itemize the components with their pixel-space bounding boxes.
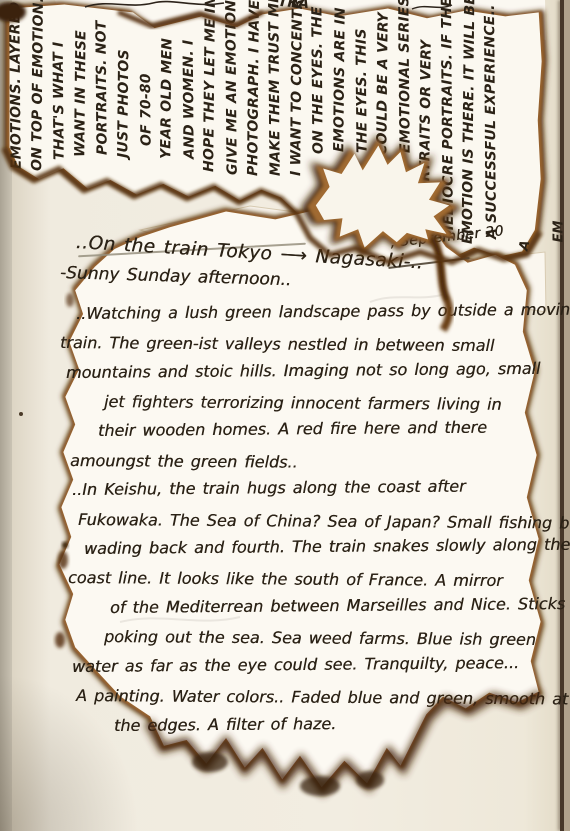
journal-entry-text: ..On the train Tokyo ⟶ Nagasaki-.. -Sunn… — [58, 228, 546, 740]
vertical-text-line: EMOTIONAL SERIES OF — [394, 4, 417, 153]
top-edge-text-fragment: TRA — [277, 0, 309, 12]
vertical-text-line: COULD BE A VERY — [372, 4, 395, 155]
top-note-lines: EMOTIONS. LAYEREDON TOP OF EMOTION.THAT'… — [6, 4, 521, 252]
vertical-text-line: A SUCCESSFUL EXPERIENCE.. — [480, 4, 504, 239]
vertical-text-line: THAT'S WHAT I — [49, 4, 72, 160]
journal-body-line: their wooden homes. A red fire here and … — [98, 413, 546, 446]
journal-body-line: of the Mediterrean between Marseilles an… — [110, 589, 546, 622]
vertical-text-line: ON TOP OF EMOTION. — [27, 4, 50, 171]
journal-body-line: ..Watching a lush green landscape pass b… — [76, 295, 546, 329]
vertical-text-line: THE EYES. THIS — [351, 4, 374, 153]
corner-letter: EM — [551, 221, 566, 243]
vertical-text-line: EMOTIONS ARE IN — [329, 4, 352, 152]
vertical-text-line: WANT IN THESE — [70, 4, 93, 157]
journal-body: ..Watching a lush green landscape pass b… — [58, 299, 546, 740]
journal-body-line: mountains and stoic hills. Imaging not s… — [66, 353, 546, 387]
vertical-text-line: EMOTIONS. LAYERED — [5, 4, 28, 169]
vertical-text-line: MEDIOCRE PORTRAITS. IF THE — [437, 4, 461, 239]
vertical-text-line: PORTRAITS OR VERY — [415, 4, 439, 204]
vertical-text-line: HOPE THEY LET ME IN. — [199, 4, 222, 172]
vertical-text-line: MAKE THEM TRUST ME. — [264, 4, 287, 176]
vertical-text-line: I WANT TO CONCENTRATE — [286, 4, 309, 176]
vertical-text-line: GIVE ME AN EMOTION TO — [221, 4, 244, 175]
journal-body-line: wading back and fourth. The train snakes… — [84, 530, 546, 563]
vertical-text-line: PORTRAITS. NOT — [92, 4, 115, 155]
journal-body-line: ..In Keishu, the train hugs along the co… — [72, 471, 546, 505]
vertical-text-line: ON THE EYES. THE — [308, 4, 331, 154]
vertical-text-line: EMOTION IS THERE. IT WILL BE — [458, 4, 482, 244]
journal-body-line: the edges. A filter of haze. — [114, 707, 546, 740]
top-note-vertical-text: EMOTIONS. LAYEREDON TOP OF EMOTION.THAT'… — [6, 4, 521, 252]
journal-body-line: water as far as the eye could see. Tranq… — [72, 648, 546, 682]
vertical-text-line: YEAR OLD MEN — [156, 4, 179, 159]
vertical-text-line: OF 70-80 — [135, 4, 158, 146]
scanned-journal-page: EMOTIONS. LAYEREDON TOP OF EMOTION.THAT'… — [0, 0, 570, 831]
vertical-text-line: AND WOMEN. I — [178, 4, 201, 159]
vertical-text-line: JUST PHOTOS — [113, 4, 136, 158]
vertical-text-line: PHOTOGRAPH. I HAVE TO — [243, 4, 266, 176]
